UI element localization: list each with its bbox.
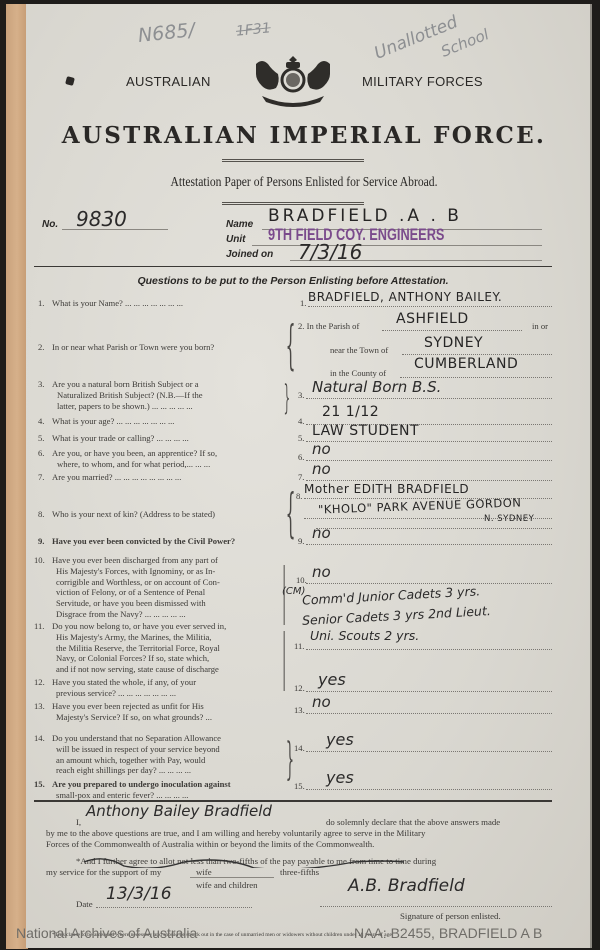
question-9: 9.Have you ever been convicted by the Ci… (38, 536, 235, 547)
answer-8-kin-suburb: N. SYDNEY (484, 514, 534, 524)
question-6: 6.Are you, or have you been, an apprenti… (38, 448, 217, 470)
allotment-line (190, 877, 274, 878)
answer-3-line (306, 398, 552, 399)
answer-15-line (306, 789, 552, 790)
answer-1-num: 1. (300, 298, 306, 308)
date-line (96, 907, 252, 908)
answer-14-understand: yes (326, 730, 354, 749)
date-value: 13/3/16 (106, 884, 172, 904)
question-5: 5.What is your trade or calling? ... ...… (38, 433, 189, 444)
document-viewer-frame: N685/ 1F31 Unallotted School AUSTRALIAN … (0, 0, 600, 950)
question-13: 13.Have you ever been rejected as unfit … (34, 701, 212, 723)
answer-8-num: 8. (296, 491, 302, 501)
answer-14-line (306, 751, 552, 752)
enlistee-name: BRADFIELD .A . B (268, 206, 462, 226)
declaration-line-1: do solemnly declare that the above answe… (326, 817, 500, 828)
answer-11-num: 11. (294, 641, 304, 651)
answer-8-line-3 (316, 528, 552, 529)
questions-heading: Questions to be put to the Person Enlist… (34, 275, 552, 287)
answer-3-num: 3. (298, 390, 304, 400)
answer-6-num: 6. (298, 452, 304, 462)
answer-13-rejected: no (312, 693, 331, 711)
answer-6-line (306, 460, 552, 461)
brace: | (282, 622, 286, 692)
brace: } (284, 378, 290, 418)
answer-12-stated: yes (318, 670, 346, 689)
answer-2-parish-label: 2. In the Parish of (298, 321, 359, 332)
question-7: 7.Are you married? ... ... ... ... ... .… (38, 472, 181, 483)
answer-2-parish: ASHFIELD (396, 311, 469, 327)
question-2: 2.In or near what Parish or Town were yo… (38, 342, 214, 353)
declaration-i: I, (76, 817, 81, 828)
question-10: 10.Have you ever been discharged from an… (34, 555, 220, 620)
answer-2-town-line (402, 354, 552, 355)
answer-9-num: 9. (298, 536, 304, 546)
answer-10-discharged: no (312, 563, 331, 581)
coat-of-arms-icon (248, 52, 338, 108)
answer-2-town-label: near the Town of (330, 345, 388, 356)
strike-through-scribble (80, 852, 410, 868)
record-divider (34, 266, 552, 267)
question-15: 15.Are you prepared to undergo inoculati… (34, 779, 231, 801)
brace: { (286, 484, 296, 544)
answer-10-line (306, 583, 552, 584)
answer-1-line (308, 306, 552, 307)
no-label: No. (42, 219, 58, 230)
brace: { (286, 316, 296, 376)
answer-8-kin-name: Mother EDITH BRADFIELD (304, 482, 469, 496)
answer-4-num: 4. (298, 416, 304, 426)
header-military-forces: MILITARY FORCES (362, 74, 483, 89)
allotment-three-fifths: three-fifths (280, 867, 319, 878)
answer-5-trade: LAW STUDENT (312, 423, 419, 439)
answer-5-num: 5. (298, 433, 304, 443)
answer-15-num: 15. (294, 781, 305, 791)
declaration-line-3: Forces of the Commonwealth of Australia … (46, 839, 374, 850)
document-subtitle: Attestation Paper of Persons Enlisted fo… (80, 174, 527, 190)
answer-4-age: 21 1/12 (322, 404, 379, 420)
answer-13-line (306, 713, 552, 714)
question-1: 1.What is your Name? ... ... ... ... ...… (38, 298, 183, 309)
answer-7-line (306, 480, 552, 481)
declaration-line-2: by me to the above questions are true, a… (46, 828, 425, 839)
question-12: 12.Have you stated the whole, if any, of… (34, 677, 196, 699)
answer-13-num: 13. (294, 705, 305, 715)
answer-7-num: 7. (298, 472, 304, 482)
answer-9-line (306, 544, 552, 545)
enlistee-signature: A.B. Bradfield (348, 876, 465, 896)
watermark-archive: National Archives of Australia (16, 925, 197, 941)
answer-2-town: SYDNEY (424, 335, 483, 351)
name-label: Name (226, 219, 253, 230)
answer-2-county: CUMBERLAND (414, 356, 518, 372)
subtitle-divider (222, 202, 364, 205)
answer-12-num: 12. (294, 683, 305, 693)
header-australian: AUSTRALIAN (126, 74, 211, 89)
signature-label: Signature of person enlisted. (400, 911, 501, 922)
binding-tape (6, 4, 28, 949)
declaration-signed-name: Anthony Bailey Bradfield (86, 802, 272, 820)
answer-2-in-or: in or (532, 321, 548, 332)
unit-label: Unit (226, 234, 245, 245)
allotment-wife-children: wife and children (196, 880, 258, 891)
question-8: 8.Who is your next of kin? (Address to b… (38, 509, 215, 520)
date-label: Date (76, 899, 93, 910)
question-3: 3.Are you a natural born British Subject… (38, 379, 203, 411)
answer-7-married: no (312, 460, 331, 478)
brace: } (286, 734, 294, 785)
answer-1-name: BRADFIELD, ANTHONY BAILEY. (308, 290, 502, 304)
answer-12-line (306, 691, 552, 692)
service-number: 9830 (76, 207, 127, 231)
question-4: 4.What is your age? ... ... ... ... ... … (38, 416, 174, 427)
answer-9-convicted: no (312, 524, 331, 542)
document-title: AUSTRALIAN IMPERIAL FORCE. (44, 122, 564, 149)
answer-5-line (306, 441, 552, 442)
signature-line (320, 906, 552, 907)
question-11: 11.Do you now belong to, or have you eve… (34, 621, 226, 675)
allotment-line-2: my service for the support of my (46, 867, 161, 878)
joined-date: 7/3/16 (298, 240, 362, 264)
watermark-reference: NAA: B2455, BRADFIELD A B (354, 925, 542, 941)
answer-11-line-3: Uni. Scouts 2 yrs. (310, 628, 419, 643)
joined-label: Joined on (226, 249, 273, 260)
answer-2-parish-line (382, 330, 522, 331)
unit-line (252, 245, 542, 246)
answer-15-inoculation: yes (326, 768, 354, 787)
title-divider (222, 159, 364, 162)
question-14: 14.Do you understand that no Separation … (34, 733, 221, 776)
answer-3-subject: Natural Born B.S. (312, 378, 441, 396)
answer-11-line (306, 649, 552, 650)
answer-6-apprentice: no (312, 440, 331, 458)
answer-14-num: 14. (294, 743, 305, 753)
